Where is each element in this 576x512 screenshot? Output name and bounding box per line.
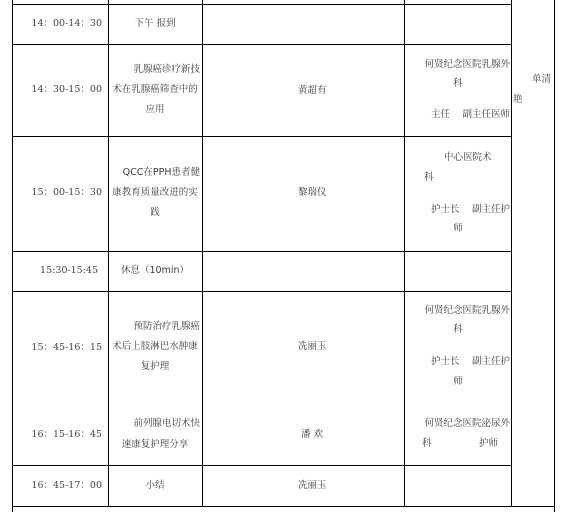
topic-line: 复护理 [110, 357, 200, 377]
affiliation-line: 中心医院术 [444, 148, 492, 168]
speaker-cell: 冼丽玉 [298, 337, 327, 357]
row-divider [12, 4, 512, 5]
col-divider [202, 0, 203, 507]
affiliation-line: 何贤纪念医院乳腺外 [406, 301, 510, 321]
time-cell: 15：00-15：30 [14, 183, 102, 203]
affiliation-line: 科 护师 [422, 434, 498, 454]
affiliation-line: 主任 副主任医师 [406, 105, 510, 125]
col-divider [511, 0, 512, 507]
col-divider [108, 0, 109, 507]
col-divider [404, 0, 405, 507]
affiliation-line: 师 [406, 219, 510, 239]
topic-cell: 休息（10min） [110, 261, 200, 281]
row-divider [12, 291, 512, 292]
schedule-table: 14：00-14：30 下午 报到 14：30-15：00 乳腺癌诊疗新技 术在… [0, 0, 576, 512]
affiliation-line: 科 [406, 320, 510, 340]
time-cell: 15:30-15:45 [14, 261, 98, 281]
time-cell: 14：30-15：00 [14, 80, 102, 100]
affiliation-line: 何贤纪念医院乳腺外 [406, 55, 510, 75]
topic-line: 乳腺癌诊疗新技 [110, 60, 200, 80]
time-cell: 16：15-16：45 [14, 425, 102, 445]
topic-line: 康教育质量改进的实 [110, 183, 200, 203]
speaker-cell: 冼丽玉 [298, 476, 327, 496]
topic-line: QCC在PPH患者健 [110, 163, 200, 183]
topic-line: 术在乳腺癌筛查中的 [110, 80, 200, 100]
col-divider [554, 0, 555, 512]
speaker-cell: 黄超有 [298, 81, 327, 101]
row-divider [12, 136, 512, 137]
affiliation-line: 师 [406, 372, 510, 392]
col-divider [12, 0, 13, 512]
row-divider [12, 506, 555, 507]
speaker-cell: 潘 欢 [301, 425, 323, 445]
row-divider [12, 465, 512, 466]
moderator-cell: 单清 [532, 70, 551, 90]
time-cell: 14：00-14：30 [14, 14, 102, 34]
row-divider [12, 251, 512, 252]
topic-cell: 下午 报到 [110, 14, 200, 34]
topic-cell: 小结 [110, 476, 200, 496]
topic-line: 速康复护理分享 [110, 435, 200, 455]
topic-line: 预防治疗乳腺癌 [110, 317, 200, 337]
moderator-cell: 艳 [513, 90, 523, 110]
affiliation-line: 护士长 副主任护 [406, 200, 510, 220]
topic-line: 践 [110, 203, 200, 223]
affiliation-line: 科 [406, 74, 510, 94]
topic-line: 术后上肢淋巴水肿康 [110, 337, 200, 357]
time-cell: 16：45-17：00 [14, 476, 102, 496]
affiliation-line: 护士长 副主任护 [406, 352, 510, 372]
affiliation-line: 科 [424, 168, 434, 188]
time-cell: 15：45-16：15 [14, 338, 102, 358]
topic-line: 前列腺电切术快 [110, 414, 200, 434]
topic-line: 应用 [110, 100, 200, 120]
speaker-cell: 黎瑞仪 [298, 183, 327, 203]
row-divider [12, 44, 512, 45]
affiliation-line: 何贤纪念医院泌尿外 [406, 414, 510, 434]
